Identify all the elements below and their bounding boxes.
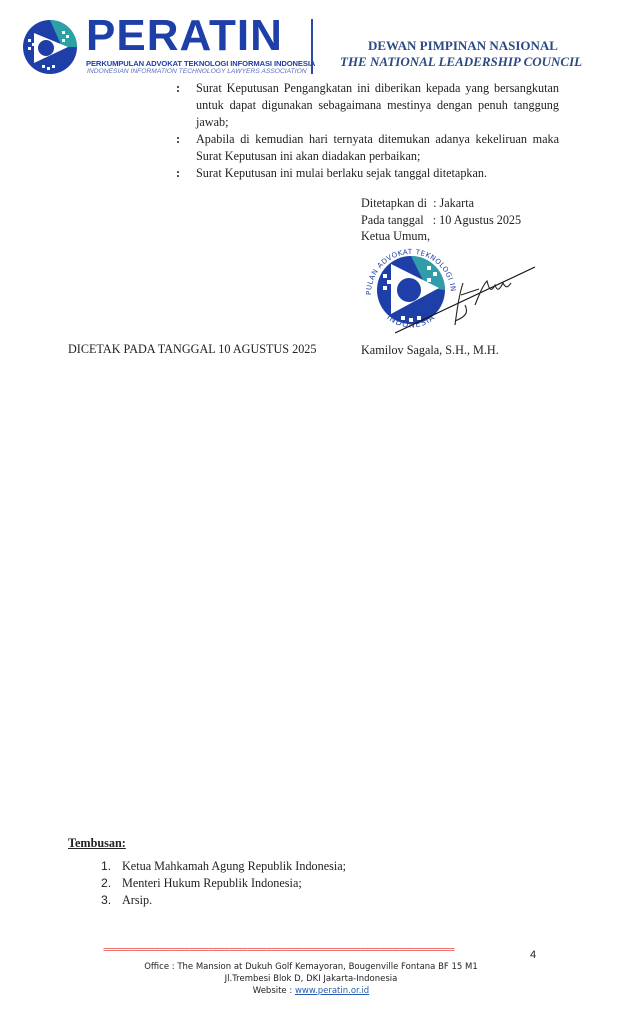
clause-item: : Surat Keputusan Pengangkatan ini diber… xyxy=(176,80,559,131)
footer-address: Jl.Trembesi Blok D, DKI Jakarta-Indonesi… xyxy=(0,974,622,984)
clause-marker: : xyxy=(176,165,180,182)
peratin-logo-icon xyxy=(22,19,78,75)
place-line: Ditetapkan di : Jakarta xyxy=(361,196,474,211)
page-number: 4 xyxy=(530,949,536,961)
website-label: Website : xyxy=(253,986,295,996)
clause-marker: : xyxy=(176,131,180,148)
printed-date-note: DICETAK PADA TANGGAL 10 AGUSTUS 2025 xyxy=(68,342,316,357)
footer-website: Website : www.peratin.or.id xyxy=(0,986,622,996)
clause-item: : Apabila di kemudian hari ternyata dite… xyxy=(176,131,559,165)
clause-item: : Surat Keputusan ini mulai berlaku seja… xyxy=(176,165,559,182)
council-title-id: DEWAN PIMPINAN NASIONAL xyxy=(368,38,558,54)
clause-marker: : xyxy=(176,80,180,97)
header-divider xyxy=(311,19,313,74)
clause-text: Surat Keputusan Pengangkatan ini diberik… xyxy=(196,80,559,131)
signer-name: Kamilov Sagala, S.H., M.H. xyxy=(361,343,499,358)
handwritten-signature xyxy=(395,255,540,335)
brand-name: PERATIN xyxy=(86,14,283,58)
website-link[interactable]: www.peratin.or.id xyxy=(295,986,369,996)
tembusan-title: Tembusan: xyxy=(68,836,126,851)
clause-text: Surat Keputusan ini mulai berlaku sejak … xyxy=(196,165,559,182)
cc-list-item: 3.Arsip. xyxy=(101,893,152,908)
date-line: Pada tanggal : 10 Agustus 2025 xyxy=(361,213,521,228)
cc-list-item: 2.Menteri Hukum Republik Indonesia; xyxy=(101,876,302,891)
footer-office: Office : The Mansion at Dukuh Golf Kemay… xyxy=(0,962,622,972)
cc-list-item: 1.Ketua Mahkamah Agung Republik Indonesi… xyxy=(101,859,346,874)
footer-divider: ========================================… xyxy=(103,946,517,955)
clause-text: Apabila di kemudian hari ternyata ditemu… xyxy=(196,131,559,165)
brand-subtitle-en: INDONESIAN INFORMATION TECHNOLOGY LAWYER… xyxy=(87,68,307,75)
council-title-en: THE NATIONAL LEADERSHIP COUNCIL xyxy=(340,54,582,70)
brand-subtitle-id: PERKUMPULAN ADVOKAT TEKNOLOGI INFORMASI … xyxy=(86,59,315,68)
